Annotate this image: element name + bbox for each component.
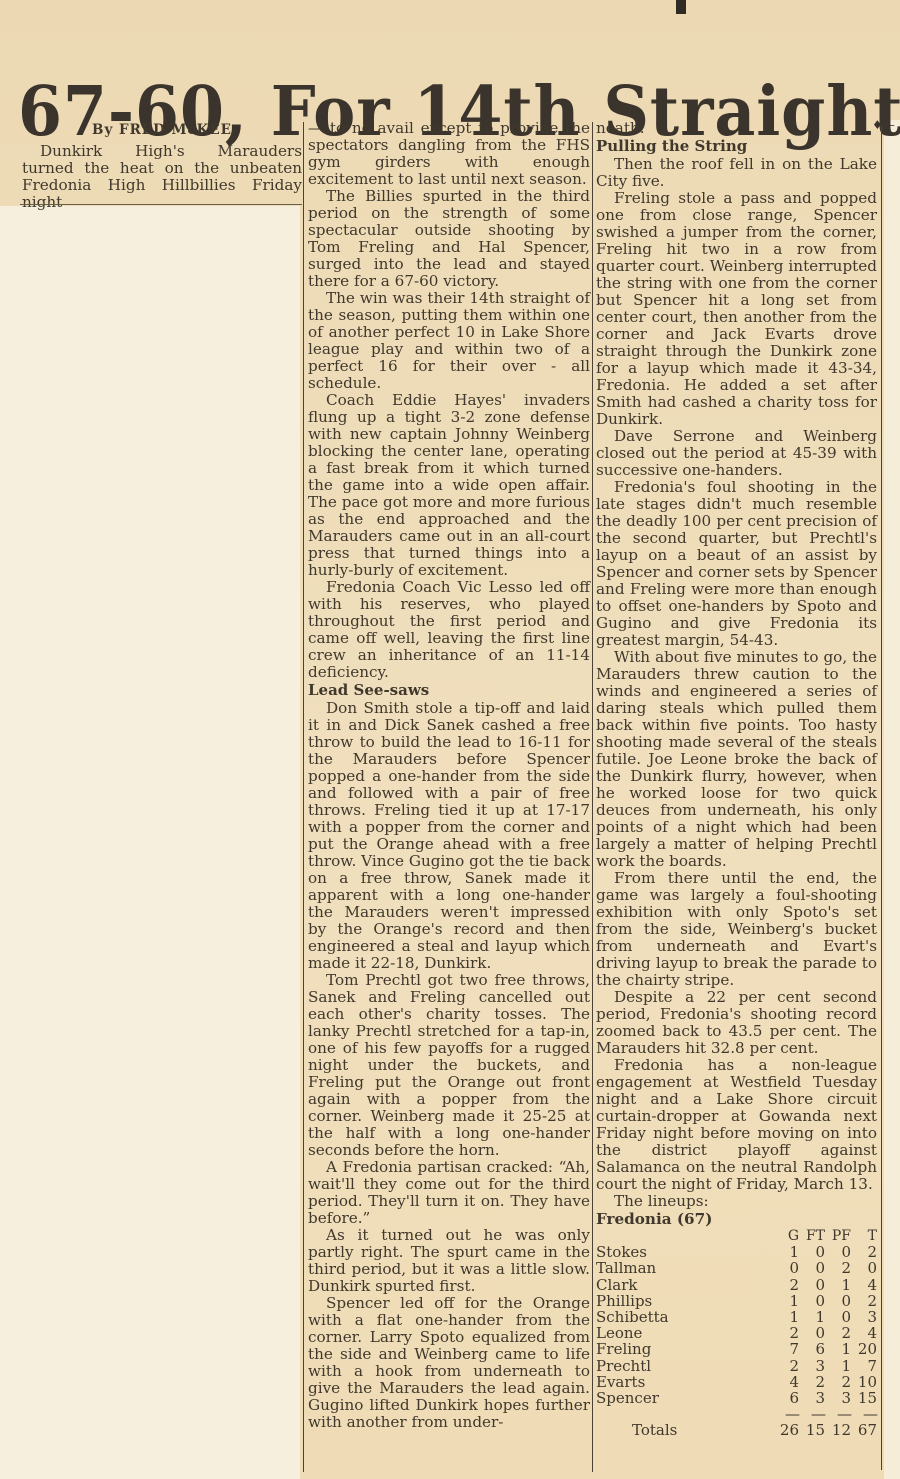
lead-paragraph: Dunkirk High's Marauders turned the heat… <box>22 143 302 211</box>
column-divider <box>303 122 304 1472</box>
paragraph: Don Smith stole a tip-off and laid it in… <box>308 700 590 972</box>
paragraph: — to no avail except to provide the spec… <box>308 120 590 188</box>
subhead-pulling-the-string: Pulling the String <box>596 138 877 155</box>
header-ft: FT <box>799 1228 825 1244</box>
cropped-letter-stroke <box>676 0 686 14</box>
byline: By FRED McKEE <box>22 122 302 139</box>
paragraph: Then the roof fell in on the Lake City f… <box>596 156 877 190</box>
boxscore-row: Schibetta 1 1 0 3 <box>596 1309 877 1325</box>
boxscore-row: Spencer 6 3 3 15 <box>596 1390 877 1406</box>
paragraph: Fredonia Coach Vic Lesso led off with hi… <box>308 579 590 681</box>
paragraph: Tom Prechtl got two free throws, Sanek a… <box>308 972 590 1159</box>
boxscore-row: Stokes 1 0 0 2 <box>596 1244 877 1260</box>
paragraph: A Fredonia partisan cracked: “Ah, wait'l… <box>308 1159 590 1227</box>
boxscore-team: Fredonia (67) <box>596 1211 877 1228</box>
header-t: T <box>851 1228 877 1244</box>
header-g: G <box>773 1228 799 1244</box>
paragraph: The Billies spurted in the third period … <box>308 188 590 290</box>
paragraph: With about five minutes to go, the Marau… <box>596 649 877 870</box>
paragraph: From there until the end, the game was l… <box>596 870 877 989</box>
column-2: — to no avail except to provide the spec… <box>308 120 590 1431</box>
boxscore-header-row: G FT PF T <box>596 1228 877 1244</box>
boxscore-row: Freling 7 6 1 20 <box>596 1341 877 1357</box>
paragraph: Spencer led off for the Orange with a fl… <box>308 1295 590 1431</box>
subhead-lead-see-saws: Lead See-saws <box>308 682 590 699</box>
paragraph: As it turned out he was only partly righ… <box>308 1227 590 1295</box>
paragraph: Dave Serrone and Weinberg closed out the… <box>596 428 877 479</box>
boxscore-table: G FT PF T Stokes 1 0 0 2 Tallman 0 0 2 0… <box>596 1228 877 1439</box>
boxscore-row: Clark 2 0 1 4 <box>596 1277 877 1293</box>
boxscore-row: Evarts 4 2 2 10 <box>596 1374 877 1390</box>
column-1-bottom-rule <box>20 204 302 205</box>
paragraph: Coach Eddie Hayes' invaders flung up a t… <box>308 392 590 579</box>
column-3: neath. Pulling the String Then the roof … <box>596 120 877 1439</box>
paragraph: Freling stole a pass and popped one from… <box>596 190 877 428</box>
boxscore-row: Leone 2 0 2 4 <box>596 1325 877 1341</box>
paragraph: The lineups: <box>596 1193 877 1210</box>
paragraph: Despite a 22 per cent second period, Fre… <box>596 989 877 1057</box>
boxscore-row: Prechtl 2 3 1 7 <box>596 1358 877 1374</box>
paragraph: Fredonia has a non-league engagement at … <box>596 1057 877 1193</box>
column-divider <box>592 122 593 1472</box>
boxscore-row: Phillips 1 0 0 2 <box>596 1293 877 1309</box>
column-divider <box>881 125 882 1470</box>
paragraph: Fredonia's foul shooting in the late sta… <box>596 479 877 649</box>
column-1: By FRED McKEE Dunkirk High's Marauders t… <box>22 120 302 211</box>
boxscore-divider-row: — — — — <box>596 1406 877 1422</box>
paragraph: The win was their 14th straight of the s… <box>308 290 590 392</box>
boxscore-totals-row: Totals 26 15 12 67 <box>596 1422 877 1438</box>
paragraph: neath. <box>596 120 877 137</box>
blank-background-left <box>0 206 300 1479</box>
blank-background-right <box>884 120 900 1479</box>
boxscore-row: Tallman 0 0 2 0 <box>596 1260 877 1276</box>
header-pf: PF <box>825 1228 851 1244</box>
